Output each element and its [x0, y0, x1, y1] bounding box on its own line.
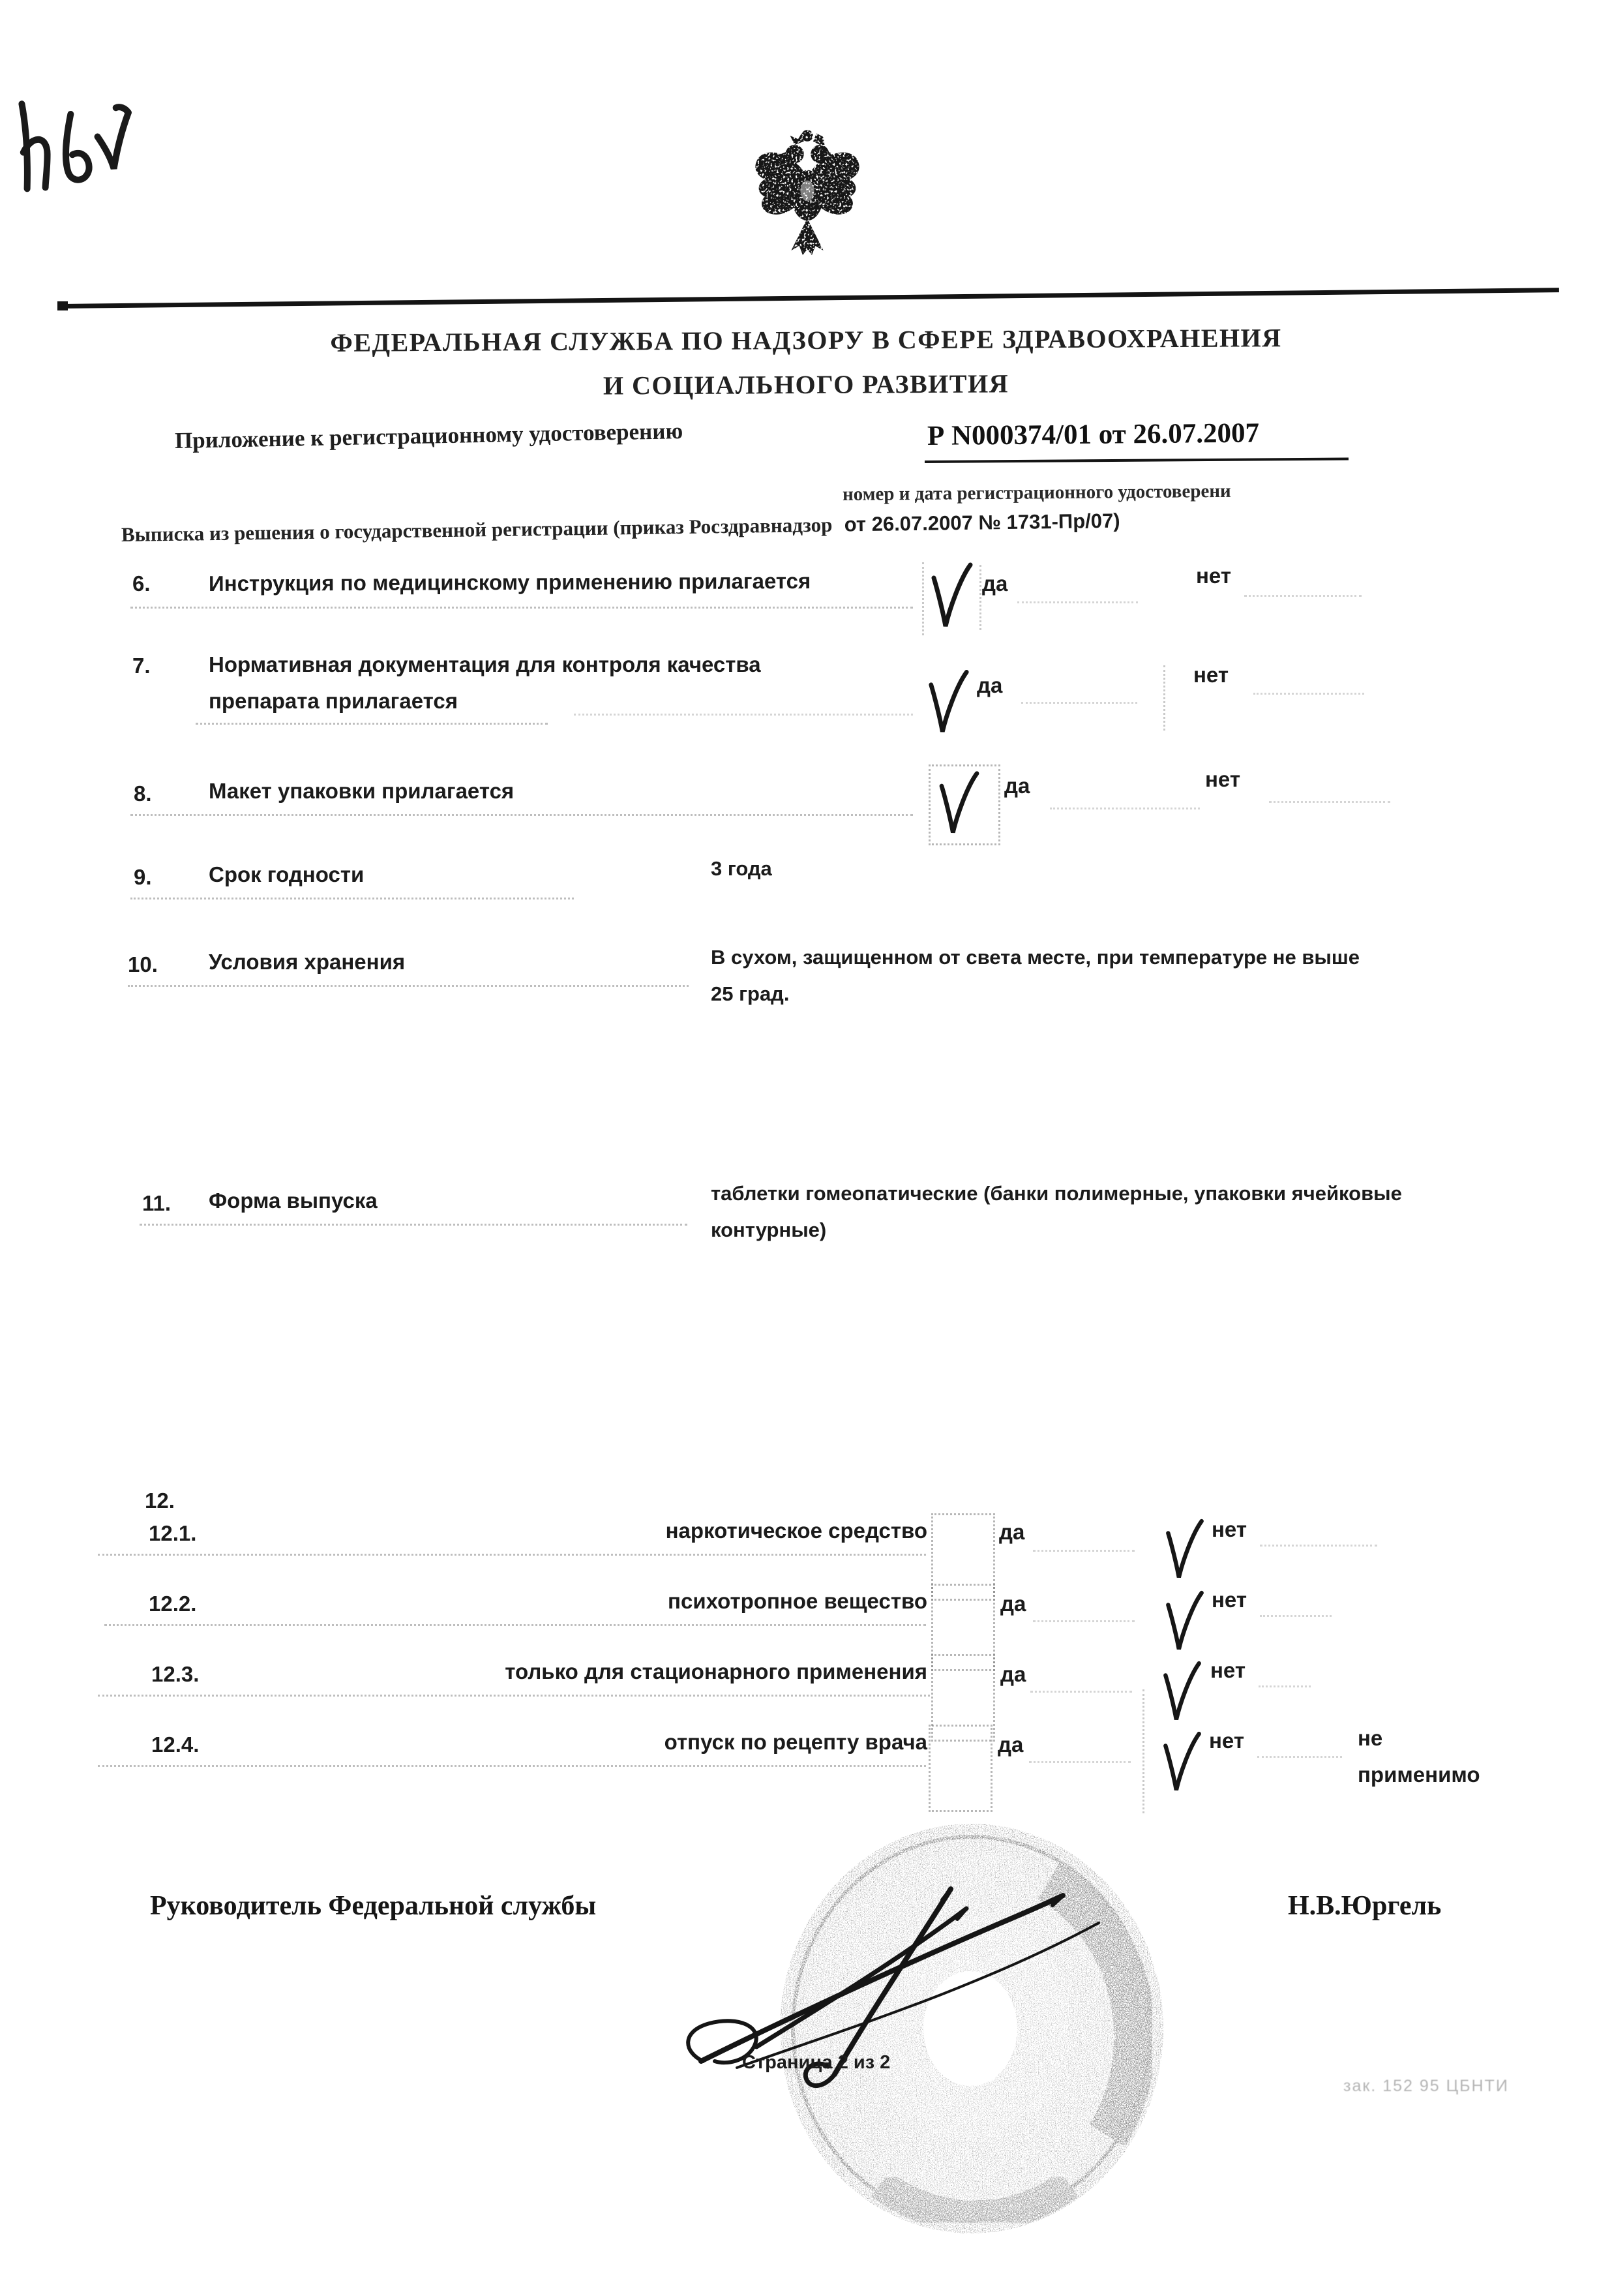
registration-number-underline	[925, 457, 1349, 463]
item-12-4-note-line1: не	[1358, 1726, 1382, 1751]
extract-order-text: от 26.07.2007 № 1731-Пр/07)	[844, 509, 1120, 536]
item-12-4-no-checkmark-icon	[1161, 1725, 1204, 1802]
item-12-1-yes-label: да	[999, 1520, 1024, 1545]
item-12-2-no-label: нет	[1212, 1588, 1247, 1612]
item-12-4-yes-checkbox	[929, 1725, 993, 1812]
page-number-note: Страница 2 из 2	[742, 2052, 890, 2074]
item-12-1-label: наркотическое средство	[471, 1518, 927, 1543]
item-12-3-yes-label: да	[1000, 1662, 1026, 1687]
item-12-4-note-line2: применимо	[1358, 1762, 1480, 1787]
item-9-value: 3 года	[711, 857, 772, 881]
print-code: зак. 152 95 ЦБНТИ	[1343, 2077, 1509, 2096]
item-12-3-no-label: нет	[1210, 1658, 1246, 1683]
item-11-value-line1: таблетки гомеопатические (банки полимерн…	[711, 1182, 1402, 1205]
item-12-4-number: 12.4.	[151, 1732, 199, 1757]
item-7-yes-label: да	[977, 673, 1002, 698]
extract-line: Выписка из решения о государственной рег…	[121, 509, 1120, 547]
item-8-label: Макет упаковки прилагается	[209, 779, 514, 804]
item-7-no-label: нет	[1193, 663, 1229, 687]
item-7-yes-checkmark-icon	[926, 668, 972, 738]
item-10-label: Условия хранения	[209, 950, 405, 974]
handwritten-mark	[0, 63, 158, 219]
item-12-3-label: только для стационарного применения	[471, 1659, 927, 1684]
item-6-yes-label: да	[982, 571, 1007, 596]
item-9-label: Срок годности	[209, 862, 364, 887]
agency-name-line1: ФЕДЕРАЛЬНАЯ СЛУЖБА ПО НАДЗОРУ В СФЕРЕ ЗД…	[330, 322, 1281, 358]
item-11-label: Форма выпуска	[209, 1188, 378, 1213]
item-10-value-line1: В сухом, защищенном от света месте, при …	[711, 946, 1360, 969]
signatory-name: Н.В.Юргель	[1288, 1890, 1441, 1922]
scanned-document-page: ФЕДЕРАЛЬНАЯ СЛУЖБА ПО НАДЗОРУ В СФЕРЕ ЗД…	[0, 0, 1612, 2296]
item-12-1-no-label: нет	[1212, 1517, 1247, 1542]
coat-of-arms-emblem	[750, 124, 865, 262]
item-6-no-label: нет	[1196, 564, 1231, 588]
item-12-1-no-checkmark-icon	[1163, 1512, 1206, 1589]
attachment-label: Приложение к регистрационному удостовере…	[175, 418, 683, 454]
item-10-number: 10.	[128, 952, 158, 977]
item-7-label-line1: Нормативная документация для контроля ка…	[209, 652, 761, 677]
item-6-label: Инструкция по медицинскому применению пр…	[209, 569, 811, 596]
item-9-number: 9.	[134, 865, 152, 890]
signatory-role: Руководитель Федеральной службы	[150, 1890, 596, 1922]
registration-number-caption: номер и дата регистрационного удостовере…	[843, 481, 1231, 506]
item-12-4-label: отпуск по рецепту врача	[471, 1730, 927, 1755]
item-11-value-line2: контурные)	[711, 1218, 826, 1242]
item-12-2-number: 12.2.	[149, 1592, 196, 1616]
item-7-label-line2: препарата прилагается	[209, 689, 458, 714]
item-7-number: 7.	[132, 654, 151, 678]
item-8-number: 8.	[134, 781, 152, 806]
rule-ink-blot	[57, 301, 68, 310]
item-10-value-line2: 25 град.	[711, 982, 789, 1006]
item-8-yes-checkmark-icon	[935, 770, 983, 839]
item-8-no-label: нет	[1205, 767, 1240, 792]
item-6-yes-checkmark-icon	[929, 561, 976, 633]
item-11-number: 11.	[142, 1191, 171, 1216]
section-12-number: 12.	[145, 1488, 175, 1513]
header-divider-rule	[62, 288, 1559, 309]
item-6-number: 6.	[132, 571, 151, 596]
item-8-yes-label: да	[1004, 774, 1030, 798]
item-12-4-no-label: нет	[1209, 1729, 1244, 1753]
item-12-1-number: 12.1.	[149, 1521, 196, 1546]
item-12-2-label: психотропное вещество	[471, 1589, 927, 1614]
registration-number: Р N000374/01 от 26.07.2007	[927, 417, 1259, 452]
extract-text: Выписка из решения о государственной рег…	[121, 513, 833, 546]
agency-name-line2: И СОЦИАЛЬНОГО РАЗВИТИЯ	[603, 368, 1009, 400]
item-12-3-no-checkmark-icon	[1161, 1654, 1204, 1731]
item-12-2-yes-label: да	[1000, 1592, 1026, 1616]
item-12-4-yes-label: да	[998, 1732, 1023, 1757]
item-12-3-number: 12.3.	[151, 1662, 199, 1687]
item-12-2-no-checkmark-icon	[1163, 1584, 1206, 1661]
